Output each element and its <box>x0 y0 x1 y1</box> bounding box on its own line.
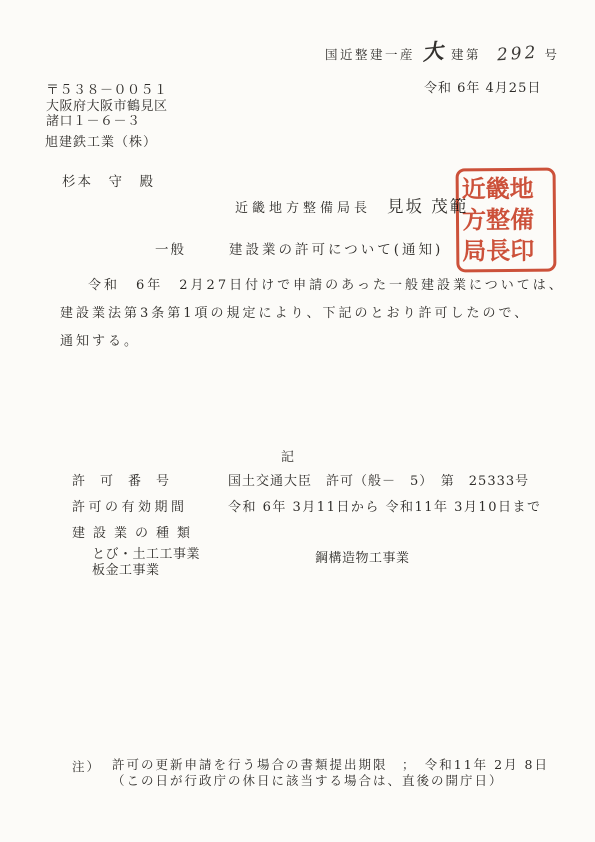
body-line: 令和 6年 2月27日付けで申請のあった一般建設業については、 <box>60 272 535 300</box>
permit-validity-value: 令和 6年 3月11日から 令和11年 3月10日まで <box>228 496 541 515</box>
recipient-address-block: 〒５３８－００５１ 大阪府大阪市鶴見区 諸口１－６－３ <box>46 83 168 130</box>
seal-row: 局長印 <box>462 239 550 264</box>
permit-notification-document: 国近整建一産 大 建第 292 号 令和 6年 4月25日 〒５３８－００５１ … <box>0 0 595 842</box>
body-line: 建設業法第3条第1項の規定により、下記のとおり許可したので、 <box>60 300 535 328</box>
document-number-suffix: 号 <box>544 45 557 63</box>
document-number-prefix: 国近整建一産 <box>325 45 415 63</box>
seal-row: 方整備 <box>462 208 550 233</box>
business-type-item: 鋼構造物工事業 <box>315 547 410 566</box>
recipient-company: 旭建鉄工業（株） <box>45 131 157 150</box>
note-text: 許可の更新申請を行う場合の書類提出期限 ； 令和11年 2月 8日 （この日が行… <box>112 757 549 788</box>
handwritten-office-char: 大 <box>421 35 445 67</box>
permit-validity-label: 許可の有効期間 <box>72 496 188 515</box>
business-type-item: 板金工事業 <box>92 563 200 579</box>
document-number-mid: 建第 <box>451 45 481 63</box>
body-line: 通知する。 <box>60 328 535 356</box>
business-types-column-1: とび・土工工事業 板金工事業 <box>92 547 200 578</box>
recipient-name: 杉本 守 殿 <box>62 170 155 190</box>
business-type-item: とび・土工工事業 <box>92 547 200 563</box>
note-marker: 注） <box>72 757 101 775</box>
ki-marker: 記 <box>0 446 576 465</box>
document-number: 国近整建一産 大 建第 292 号 <box>325 36 557 66</box>
issue-date: 令和 6年 4月25日 <box>424 77 541 96</box>
business-types-column-2: 鋼構造物工事業 <box>315 547 410 566</box>
permit-category: 一般 <box>155 238 186 258</box>
seal-row: 近畿地 <box>462 176 550 201</box>
note-line: 許可の更新申請を行う場合の書類提出期限 ； 令和11年 2月 8日 <box>112 757 549 773</box>
permit-number-value: 国土交通大臣 許可（般－ 5） 第 25333号 <box>228 470 529 489</box>
handwritten-serial-number: 292 <box>496 43 539 66</box>
recipient-address-line1: 大阪府大阪市鶴見区 <box>46 99 168 115</box>
issuer-title: 近畿地方整備局長 <box>235 197 371 216</box>
subject-line: 一般 建設業の許可について(通知) <box>155 238 443 258</box>
issuer-line: 近畿地方整備局長 見坂 茂範 <box>235 193 468 217</box>
body-paragraph: 令和 6年 2月27日付けで申請のあった一般建設業については、 建設業法第3条第… <box>60 272 535 356</box>
note-line: （この日が行政庁の休日に該当する場合は、直後の開庁日） <box>112 773 549 789</box>
business-type-label: 建設業の種類 <box>72 522 198 541</box>
recipient-address-line2: 諸口１－６－３ <box>46 114 168 130</box>
recipient-postal-code: 〒５３８－００５１ <box>46 83 168 99</box>
document-title: 建設業の許可について(通知) <box>229 238 443 258</box>
permit-number-label: 許 可 番 号 <box>72 470 170 489</box>
official-seal-stamp: 近畿地 方整備 局長印 <box>456 168 557 273</box>
